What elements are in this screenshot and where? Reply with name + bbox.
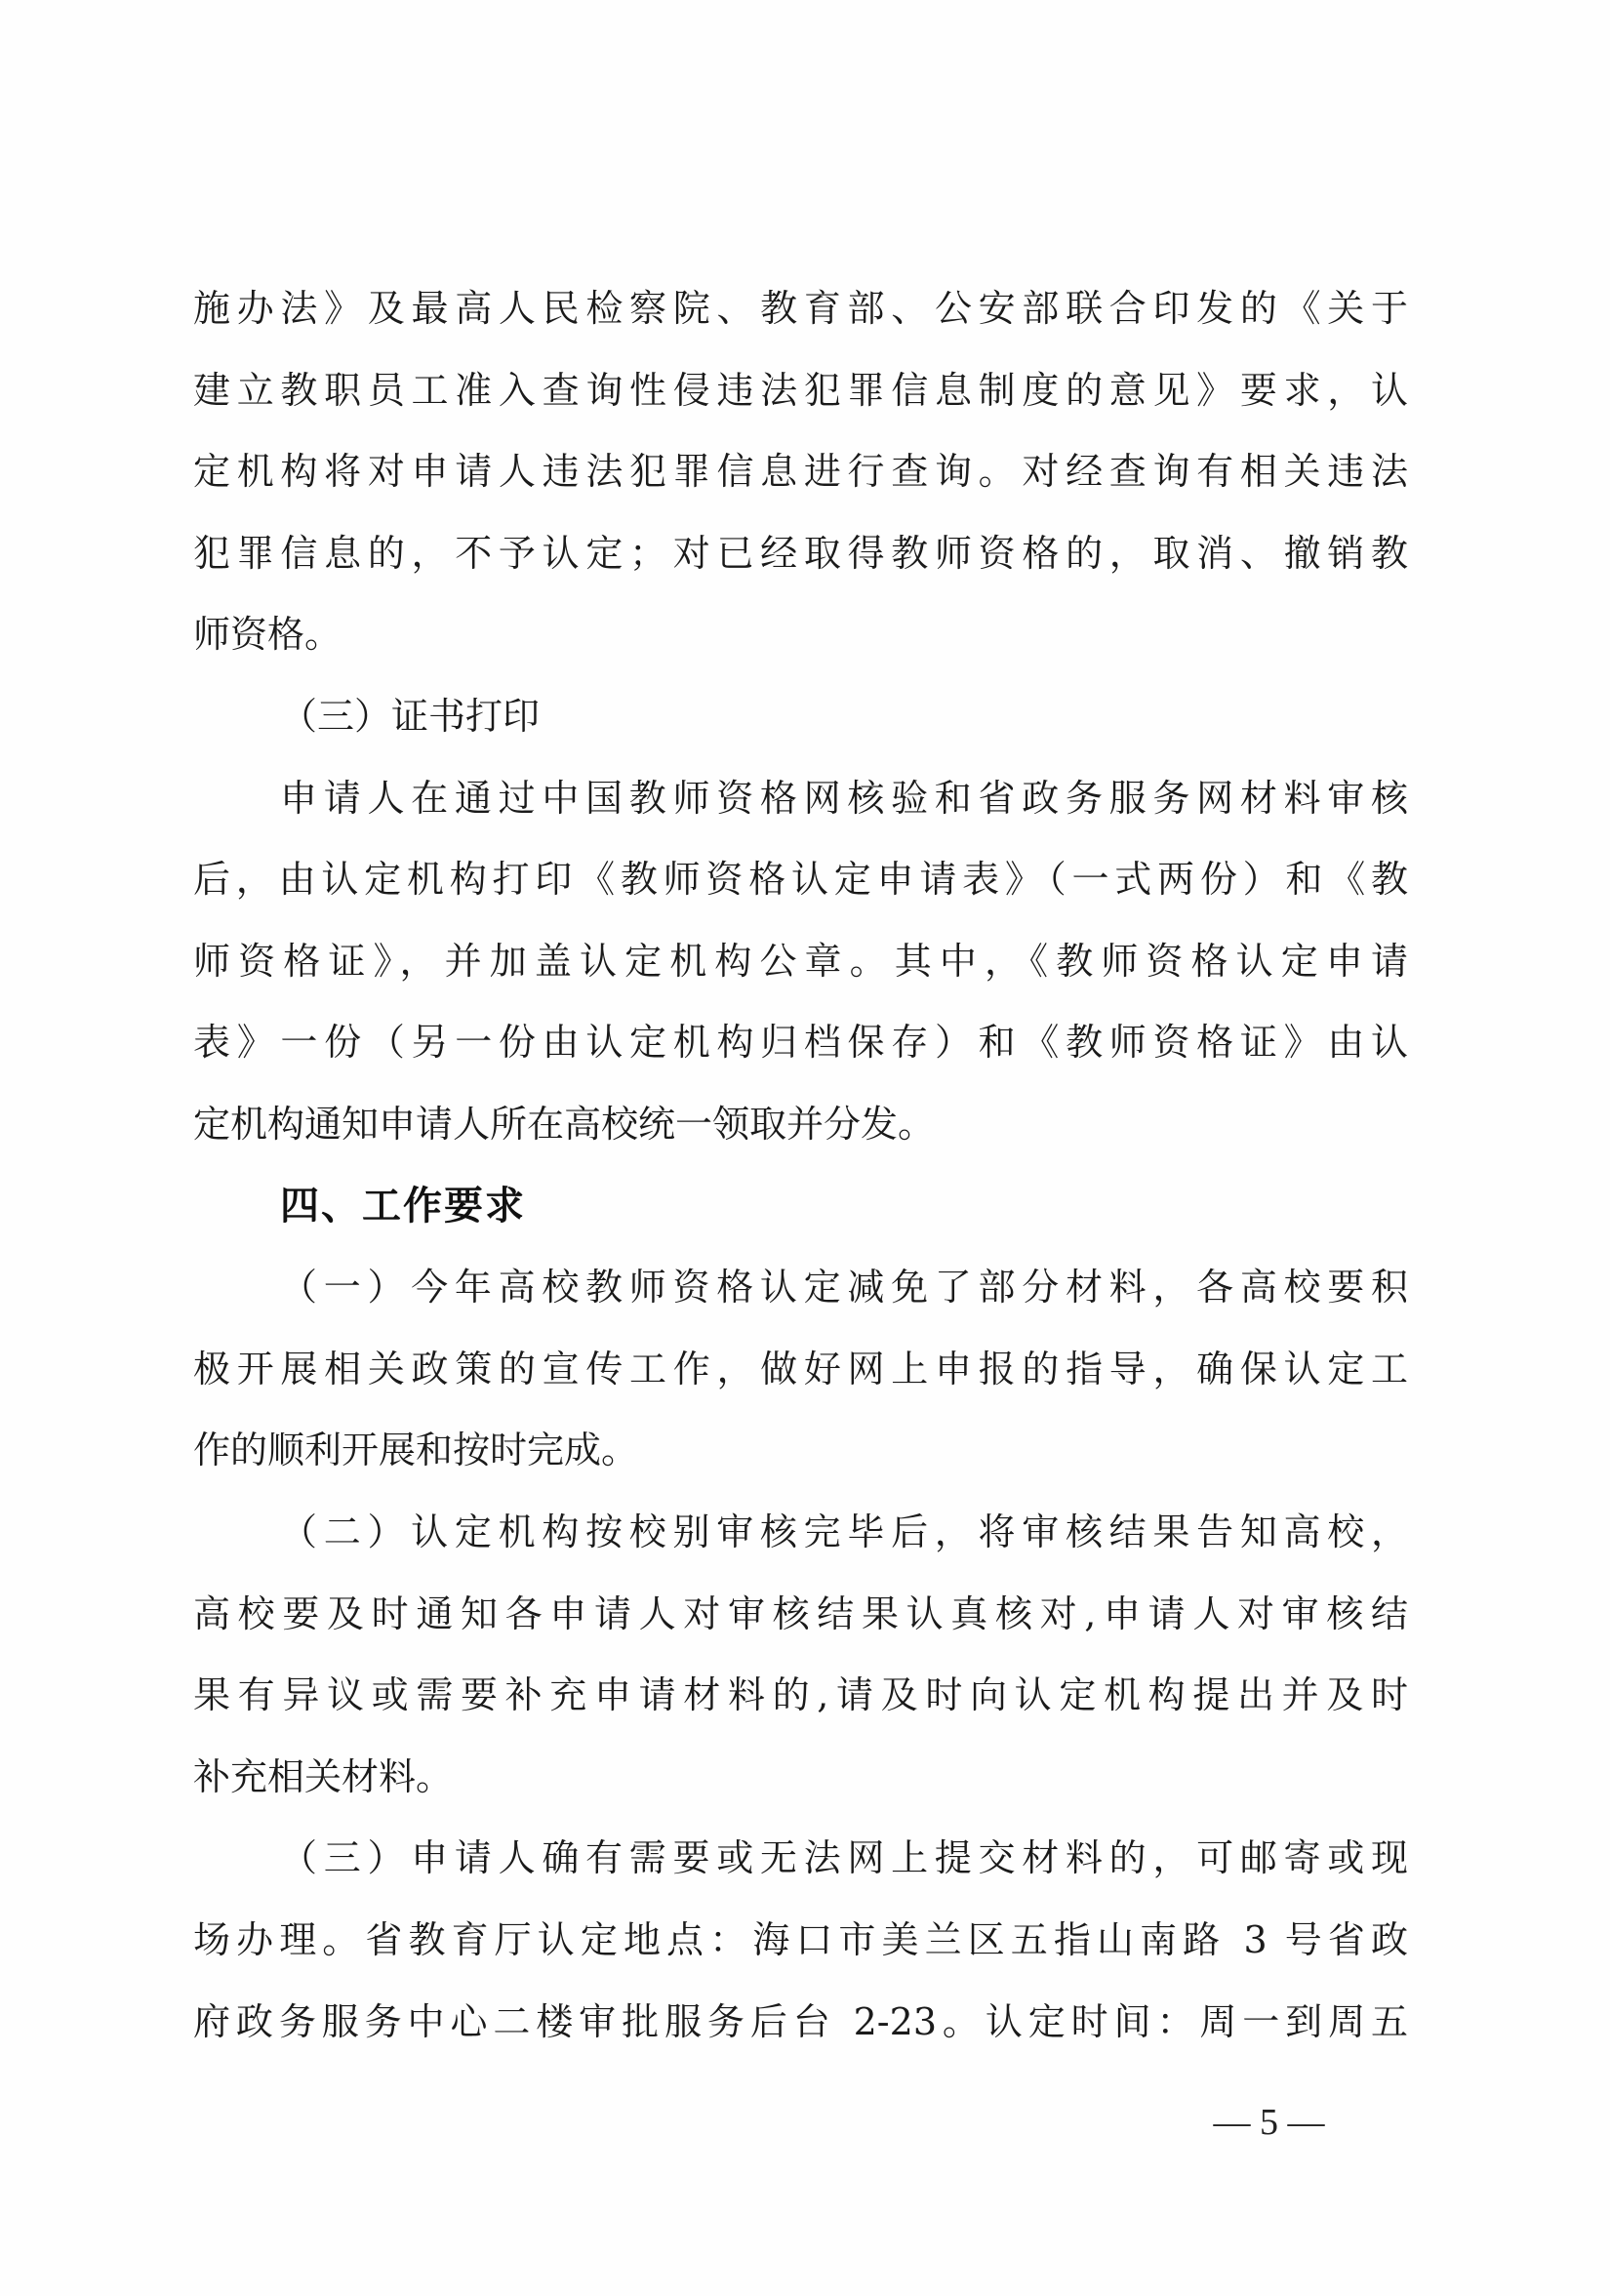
- body-text-line: 师资格证》，并加盖认定机构公章。其中，《教师资格认定申请: [193, 932, 1408, 990]
- page-number: — 5 —: [1198, 2098, 1340, 2147]
- body-text-line: 定机构通知申请人所在高校统一领取并分发。: [193, 1095, 1408, 1153]
- body-text-line: 犯罪信息的，不予认定；对已经取得教师资格的，取消、撤销教: [193, 524, 1408, 583]
- section-heading-work-requirements: 四、工作要求: [280, 1177, 1408, 1235]
- body-text-line: 场办理。省教育厅认定地点：海口市美兰区五指山南路 3 号省政: [193, 1911, 1408, 1969]
- body-text-line: 作的顺利开展和按时完成。: [193, 1421, 1408, 1479]
- body-text-line: 建立教职员工准入查询性侵违法犯罪信息制度的意见》要求，认: [193, 361, 1408, 420]
- body-text-line: （三）申请人确有需要或无法网上提交材料的，可邮寄或现: [280, 1829, 1408, 1887]
- body-text-line: 师资格。: [193, 605, 1408, 664]
- body-text-line: 申请人在通过中国教师资格网核验和省政务服务网材料审核: [280, 769, 1408, 827]
- body-text-line: 表》一份（另一份由认定机构归档保存）和《教师资格证》由认: [193, 1013, 1408, 1071]
- body-text-line: 定机构将对申请人违法犯罪信息进行查询。对经查询有相关违法: [193, 442, 1408, 501]
- body-text-line: 补充相关材料。: [193, 1748, 1408, 1806]
- body-text-line: （二）认定机构按校别审核完毕后，将审核结果告知高校，: [280, 1503, 1408, 1561]
- body-text-line: （一）今年高校教师资格认定减免了部分材料，各高校要积: [280, 1258, 1408, 1316]
- document-page: 施办法》及最高人民检察院、教育部、公安部联合印发的《关于 建立教职员工准入查询性…: [0, 0, 1610, 2296]
- body-text-line: 极开展相关政策的宣传工作，做好网上申报的指导，确保认定工: [193, 1340, 1408, 1398]
- body-text-line: 高校要及时通知各申请人对审核结果认真核对,申请人对审核结: [193, 1585, 1408, 1643]
- body-text-line: 果有异议或需要补充申请材料的,请及时向认定机构提出并及时: [193, 1666, 1408, 1724]
- subsection-heading-certificate-printing: （三）证书打印: [280, 687, 1408, 745]
- body-text-line: 后，由认定机构打印《教师资格认定申请表》（一式两份）和《教: [193, 850, 1408, 908]
- body-text-line: 府政务服务中心二楼审批服务后台 2-23。认定时间：周一到周五: [193, 1993, 1408, 2051]
- body-text-line: 施办法》及最高人民检察院、教育部、公安部联合印发的《关于: [193, 279, 1408, 338]
